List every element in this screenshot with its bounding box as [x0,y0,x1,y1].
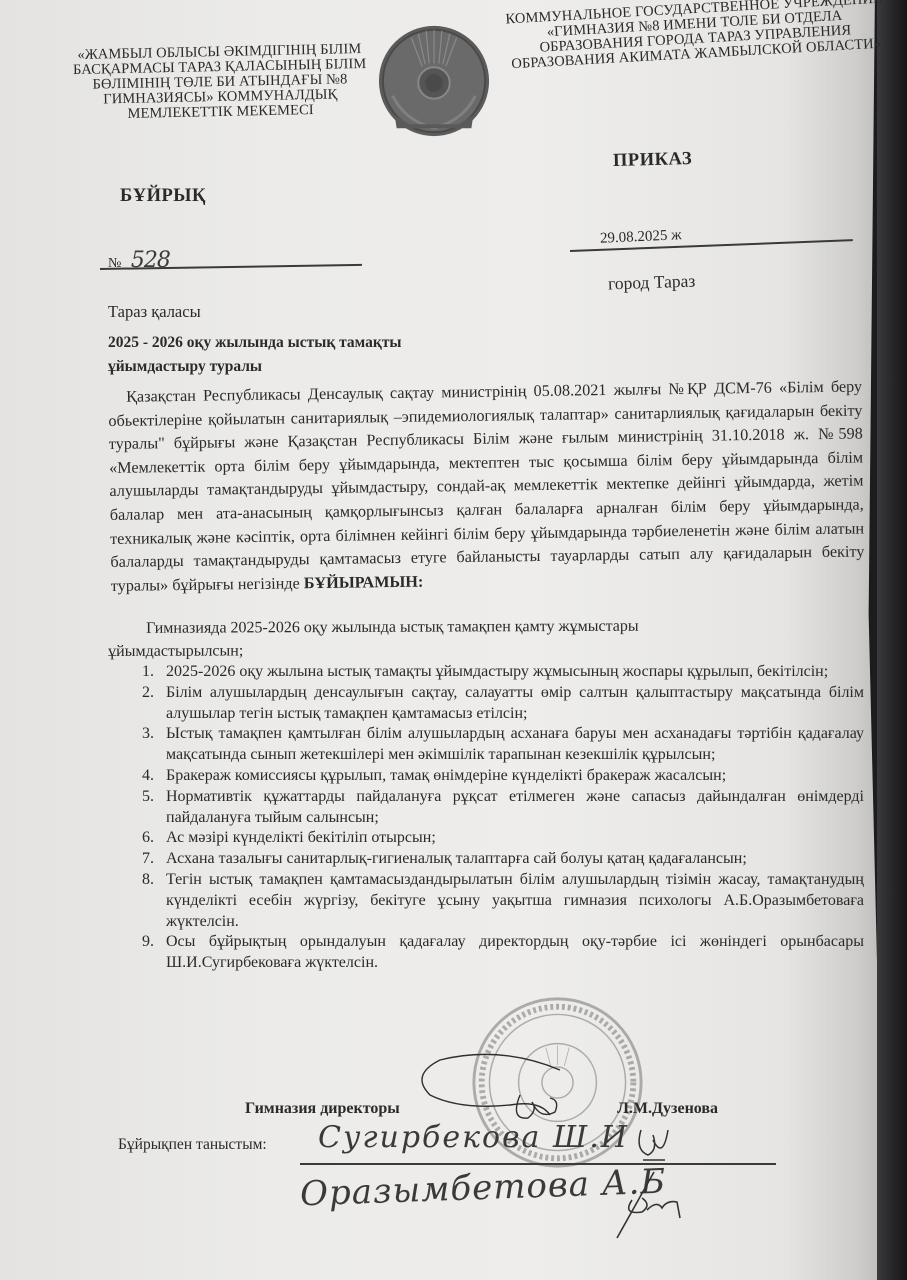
initials-signature-2 [612,1170,692,1240]
acknowledgement-underline [300,1163,776,1165]
order-item: 2025-2026 оқу жылына ыстық тамақты ұйымд… [158,662,864,683]
initials-signature-1 [633,1120,673,1170]
order-item: Асхана тазалығы санитарлық-гигиеналық та… [158,849,864,870]
order-number-value: 528 [131,248,170,273]
order-item: Нормативтік құжаттарды пайдалануға рұқса… [158,787,864,829]
city-ru: город Тараз [608,270,696,294]
order-number: № 528 [108,248,170,273]
order-item: Осы бұйрықтың орындалуын қадағалау дирек… [158,932,864,974]
intro-line-2: ұйымдастырылсын; [108,637,868,663]
order-item: Тегін ыстық тамақпен қамтамасыздандырыла… [158,870,864,932]
state-emblem-icon [375,22,493,140]
signature-block: Гимназия директоры Л.М.Дузенова [245,1100,745,1118]
order-item: Білім алушылардың денсаулығын сақтау, са… [158,683,864,725]
director-name: Л.М.Дузенова [617,1100,718,1118]
order-item: Ас мәзірі күнделікті бекітіліп отырсын; [158,828,864,849]
subject-line-1: 2025 - 2026 оқу жылында ыстық тамақты [108,331,402,355]
intro-line-1: Гимназияда 2025-2026 оқу жылында ыстық т… [108,614,868,640]
director-signature [410,1050,590,1130]
header-org-kz: «ЖАМБЫЛ ОБЛЫСЫ ӘКІМДІГІНІҢ БІЛІМ БАСҚАРМ… [69,42,371,123]
order-title-kz: БҰЙРЫҚ [120,186,206,207]
order-subject: 2025 - 2026 оқу жылында ыстық тамақты ұй… [108,331,402,379]
order-item: Ыстық тамақпен қамтылған білім алушылард… [158,724,864,766]
order-title-ru: ПРИКАЗ [613,149,693,172]
order-item: Бракераж комиссиясы құрылып, тамақ өнімд… [158,766,864,787]
preamble: Қазақстан Республикасы Денсаулық сақтау … [108,375,865,598]
preamble-text: Қазақстан Республикасы Денсаулық сақтау … [108,377,864,594]
acknowledgement-label: Бұйрықпен таныстым: [118,1136,267,1154]
intro: Гимназияда 2025-2026 оқу жылында ыстық т… [108,614,868,663]
director-position: Гимназия директоры [245,1100,400,1117]
order-date: 29.08.2025 ж [600,227,682,248]
order-items: 2025-2026 оқу жылына ыстық тамақты ұйымд… [108,662,864,974]
handwritten-name-1: Сугирбекова Ш.И [318,1120,629,1155]
background-edge [877,0,907,1280]
order-word: БҰЙЫРАМЫН: [304,572,424,592]
city-kz: Тараз қаласы [108,302,201,322]
subject-line-2: ұйымдастыру туралы [108,355,402,379]
